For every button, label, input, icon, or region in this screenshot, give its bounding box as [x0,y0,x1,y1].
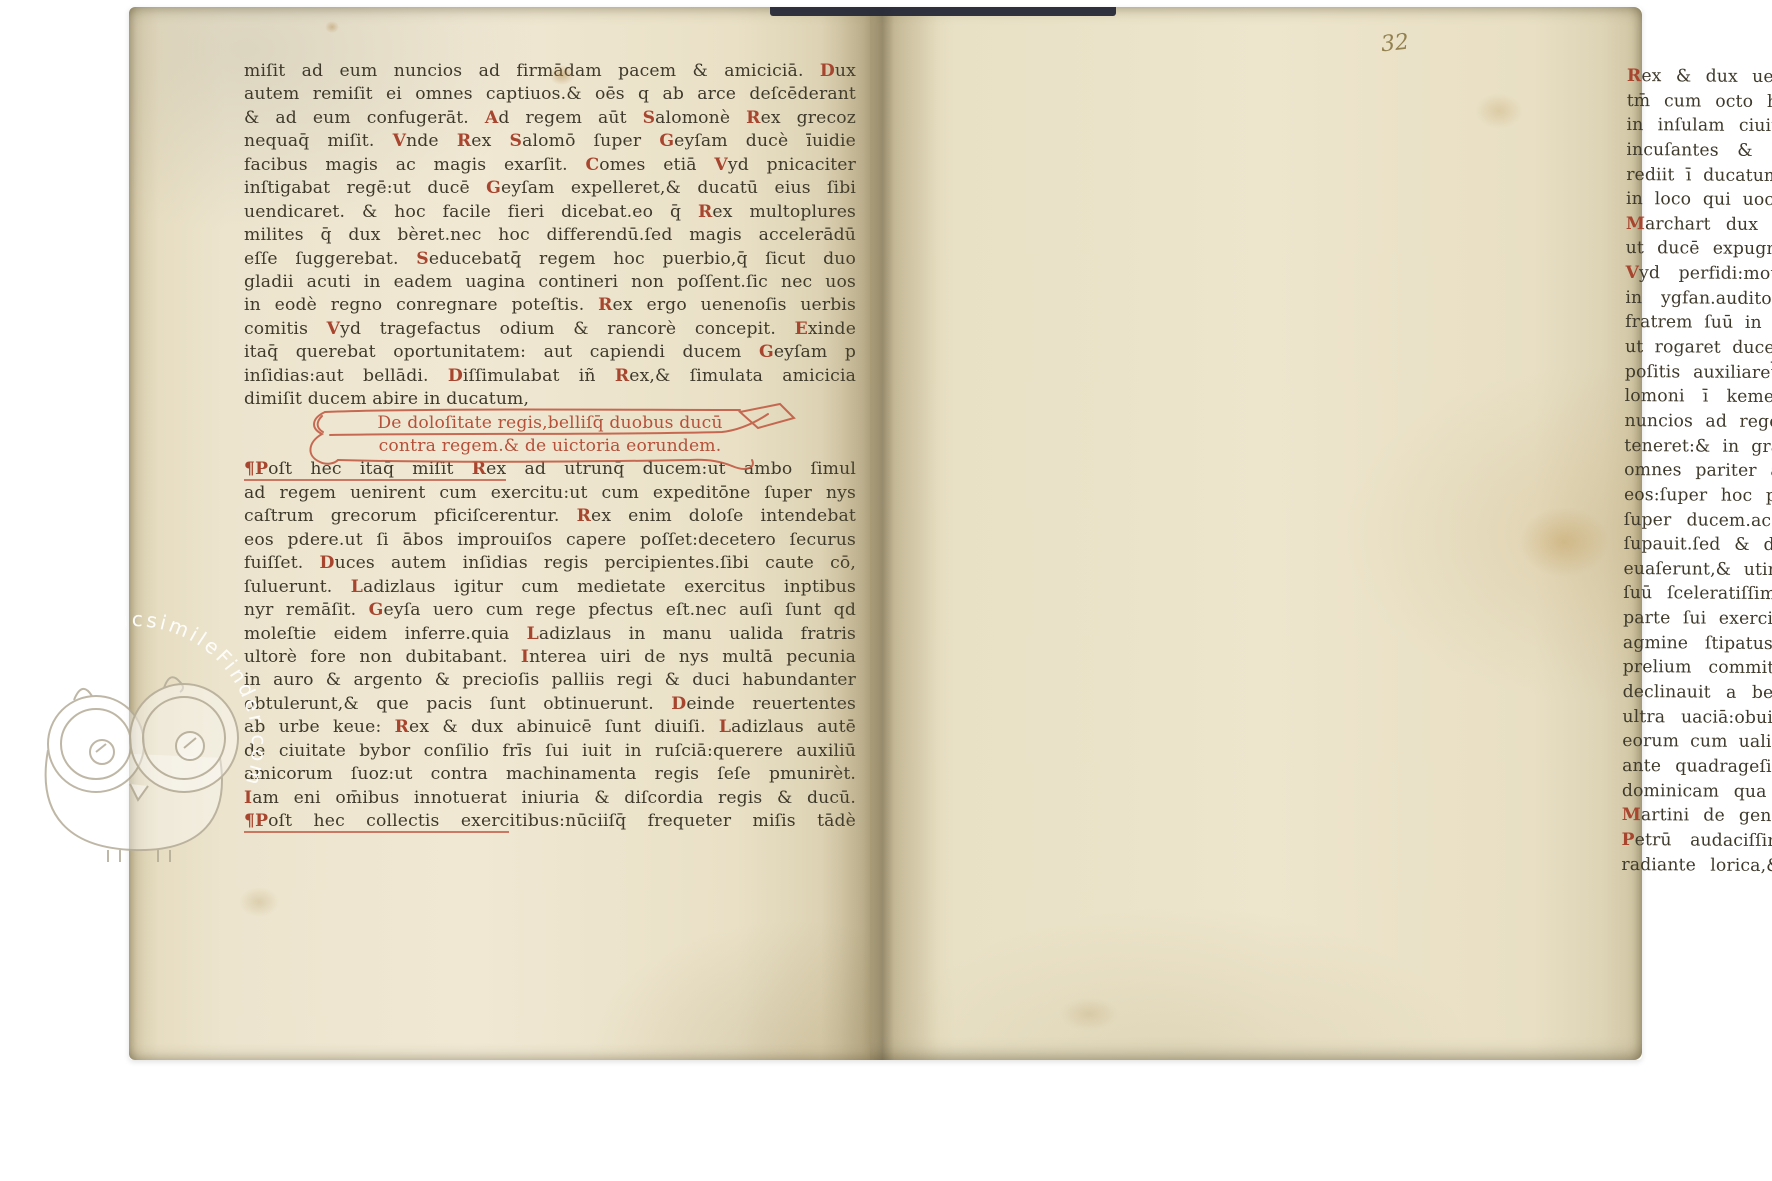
right-page: Rex & dux uenerunt in ſtrigoniū.ibiq̄ ex… [870,7,1642,1060]
text-line: autem remiſit ei omnes captiuos.& oēs q … [244,83,856,106]
left-page: miſit ad eum nuncios ad firmādam pacem &… [129,7,870,1060]
text-line: ſuluerunt. Ladizlaus igitur cum medietat… [244,576,856,599]
chapter-heading-line: contra regem.& de uictoria eorundem. [244,435,856,458]
text-line: milites q̄ dux bèret.nec hoc differendū.… [244,224,856,247]
right-text-column: Rex & dux uenerunt in ſtrigoniū.ibiq̄ ex… [1621,64,1772,881]
text-line: comitis Vyd tragefactus odium & rancorè … [244,318,856,341]
text-line: nyr remāſit. Geyſa uero cum rege pfectus… [244,599,856,622]
chapter-heading-line: De doloſitate regis,belliſq̄ duobus ducū [244,412,856,435]
text-line: nequaq̄ miſit. Vnde Rex Salomō ſuper Gey… [244,130,856,153]
text-line: amicorum ſuoz:ut contra machinamenta reg… [244,763,856,786]
text-line: & ad eum confugerāt. Ad regem aūt Salomo… [244,107,856,130]
text-line: miſit ad eum nuncios ad firmādam pacem &… [244,60,856,83]
scanned-book-screenshot: miſit ad eum nuncios ad firmādam pacem &… [0,0,1772,1181]
text-line: inſtigabat regē:ut ducē Geyſam expellere… [244,177,856,200]
text-line: obtulerunt,& que pacis ſunt obtinuerunt.… [244,693,856,716]
binding-dark-strip [770,7,1116,16]
text-line: inſidias:aut bellādi. Diſſimulabat iñ Re… [244,365,856,388]
text-line: ultorè fore non dubitabant. Interea uiri… [244,646,856,669]
left-text-column: miſit ad eum nuncios ad firmādam pacem &… [244,60,856,833]
owl-left-pupil-slit [96,744,106,752]
text-line: eos pdere.ut ſi ābos improuiſos capere p… [244,529,856,552]
folio-number: 32 [1380,30,1410,58]
text-line: caſtrum grecorum pficiſcerentur. Rex eni… [244,505,856,528]
text-line: eſſe ſuggerebat. Seducebatq̄ regem hoc p… [244,248,856,271]
text-line: ¶Poſt hec collectis exercitibus:nūciiſq̄… [244,810,856,833]
owl-left-eye-inner [61,709,131,779]
text-line: ad regem uenirent cum exercitu:ut cum ex… [244,482,856,505]
text-line: de ciuitate bybor conſilio frīs ſui iuit… [244,740,856,763]
banner-bottom-curl [732,460,753,469]
text-line: ab urbe keue: Rex & dux abinuicē ſunt di… [244,716,856,739]
text-line: in auro & argento & precioſis palliis re… [244,669,856,692]
owl-left-pupil [90,740,114,764]
text-line: fuiſſet. Duces autem inſidias regis perc… [244,552,856,575]
owl-left-tuft [74,689,92,700]
text-line: moleſtie eidem inferre.quia Ladizlaus in… [244,623,856,646]
text-line: uendicaret. & hoc facile fieri dicebat.e… [244,201,856,224]
text-line: itaq̄ querebat oportunitatem: aut capien… [244,341,856,364]
banner-bottom-line [338,460,732,466]
book-spread: miſit ad eum nuncios ad firmādam pacem &… [129,7,1642,1060]
text-line: in eodè regno conregnare poteſtis. Rex e… [244,294,856,317]
text-line: facibus magis ac magis exarſit. Comes et… [244,154,856,177]
text-line: gladii acuti in eadem uagina contineri n… [244,271,856,294]
text-line: radiante lorica,& deaurata galea perſpic… [1621,852,1772,881]
text-line: Iam eni om̄ibus innotuerat iniuria & diſ… [244,787,856,810]
